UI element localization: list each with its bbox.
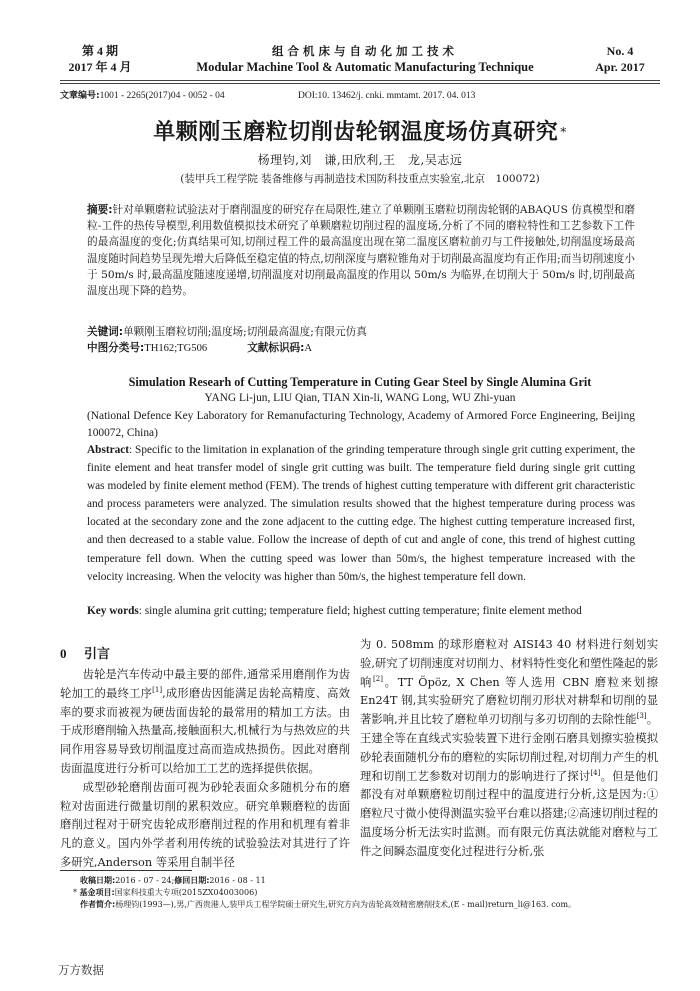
footer-watermark: 万方数据 — [58, 962, 104, 978]
keywords-cn-label: 关键词: — [87, 326, 123, 338]
classification: 中图分类号:TH162;TG506文献标识码:A — [87, 340, 635, 357]
body-column-right: 为 0. 508mm 的球形磨粒对 AISI43 40 材料进行刻划实验,研究了… — [360, 636, 658, 862]
keywords-en-text: single alumina grit cutting; temperature… — [145, 605, 582, 617]
body-column-left: 齿轮是汽车传动中最主要的部件,通常采用磨削作为齿轮加工的最终工序[1],成形磨齿… — [60, 666, 350, 873]
abstract-en-label: Abstract — [87, 444, 129, 456]
doc-code-label: 文献标识码: — [247, 342, 304, 354]
received-label: 收稿日期: — [80, 876, 115, 885]
doi-label: DOI: — [298, 91, 318, 101]
keywords-cn: 关键词:单颗刚玉磨粒切削;温度场;切削最高温度;有限元仿真 — [87, 324, 635, 340]
fund-marker: * — [73, 888, 77, 897]
section-number: 0 — [60, 645, 84, 663]
header-rule — [60, 80, 660, 81]
fund-marker: * — [560, 125, 567, 139]
issue-info-en: No. 4 Apr. 2017 — [580, 43, 660, 75]
issue-date-cn: 2017 年 4 月 — [60, 59, 140, 75]
fund-value: 国家科技重大专项(2015ZX04003006) — [115, 888, 258, 897]
paper-title-cn: 单颗刚玉磨粒切削齿轮钢温度场仿真研究* — [60, 117, 660, 147]
paper-title-cn-text: 单颗刚玉磨粒切削齿轮钢温度场仿真研究 — [153, 119, 558, 145]
citation[interactable]: [3] — [637, 712, 647, 720]
doi: DOI:10. 13462/j. cnki. mmtamt. 2017. 04.… — [298, 90, 475, 102]
keywords-en-label: Key words — [87, 605, 139, 617]
article-number-value: 1001 - 2265(2017)04 - 0052 - 04 — [100, 91, 225, 101]
section-heading: 0引言 — [60, 645, 110, 664]
doi-value: 10. 13462/j. cnki. mmtamt. 2017. 04. 013 — [318, 91, 476, 101]
clc-value: TH162;TG506 — [144, 343, 207, 354]
abstract-cn: 摘要:针对单颗磨粒试验法对于磨削温度的研究存在局限性,建立了单颗刚玉磨粒切削齿轮… — [87, 202, 635, 299]
section-title: 引言 — [84, 647, 110, 662]
keywords-en: Key words: single alumina grit cutting; … — [87, 603, 635, 620]
abstract-en-text: Specific to the limitation in explanatio… — [87, 444, 635, 583]
abstract-cn-label: 摘要: — [87, 204, 113, 216]
author-bio-label: 作者简介: — [80, 900, 115, 909]
author-bio: 杨理钧(1993—),男,广西贵港人,装甲兵工程学院硕士研究生,研究方向为齿轮高… — [115, 900, 576, 909]
clc-label: 中图分类号: — [87, 342, 144, 354]
abstract-cn-text: 针对单颗磨粒试验法对于磨削温度的研究存在局限性,建立了单颗刚玉磨粒切削齿轮钢的A… — [87, 204, 635, 297]
affiliation-cn: (装甲兵工程学院 装备维修与再制造技术国防科技重点实验室,北京 100072) — [60, 172, 660, 186]
footnote-fund: * 基金项目:国家科技重大专项(2015ZX04003006) — [60, 887, 673, 899]
journal-name: 组合机床与自动化加工技术 Modular Machine Tool & Auto… — [170, 43, 560, 75]
revised-date: 2016 - 08 - 11 — [209, 876, 265, 885]
footnote-dates: 收稿日期:2016 - 07 - 24;修回日期:2016 - 08 - 11 — [60, 875, 680, 887]
citation[interactable]: [4] — [590, 769, 600, 777]
issue-date-en: Apr. 2017 — [580, 59, 660, 75]
citation[interactable]: [1] — [152, 686, 162, 694]
issue-info-cn: 第 4 期 2017 年 4 月 — [60, 43, 140, 75]
paragraph: 成型砂轮磨削齿面可视为砂轮表面众多随机分布的磨粒对齿面进行微量切削的累积效应。研… — [60, 779, 350, 873]
article-number-label: 文章编号: — [60, 91, 100, 101]
header-rule — [60, 83, 660, 84]
article-number: 文章编号:1001 - 2265(2017)04 - 0052 - 04 — [60, 90, 225, 102]
revised-label: 修回日期: — [174, 876, 209, 885]
authors-cn: 杨理钧,刘 谦,田欣利,王 龙,吴志远 — [60, 152, 660, 168]
paragraph: 齿轮是汽车传动中最主要的部件,通常采用磨削作为齿轮加工的最终工序[1],成形磨齿… — [60, 666, 350, 779]
footnote-rule — [60, 870, 192, 871]
journal-name-en: Modular Machine Tool & Automatic Manufac… — [170, 59, 560, 75]
citation[interactable]: [2] — [373, 675, 383, 683]
paper-title-en: Simulation Researh of Cutting Temperatur… — [60, 374, 660, 390]
authors-en: YANG Li-jun, LIU Qian, TIAN Xin-li, WANG… — [60, 390, 660, 406]
fund-label: 基金项目: — [80, 888, 115, 897]
issue-number-en: No. 4 — [580, 43, 660, 59]
issue-number-cn: 第 4 期 — [60, 43, 140, 59]
abstract-en: Abstract: Specific to the limitation in … — [87, 441, 635, 586]
doc-code-value: A — [304, 343, 312, 354]
keywords-cn-text: 单颗刚玉磨粒切削;温度场;切削最高温度;有限元仿真 — [123, 326, 367, 338]
received-date: 2016 - 07 - 24; — [115, 876, 174, 885]
paragraph-text: ,成形磨齿因能满足齿轮高精度、高效率的要求而被视为硬齿面齿轮的最常用的精加工方法… — [60, 687, 350, 775]
paragraph: 为 0. 508mm 的球形磨粒对 AISI43 40 材料进行刻划实验,研究了… — [360, 636, 658, 862]
paragraph-text: 。TT Öpöz, X Chen 等人选用 CBN 磨粒来划擦 En24T 钢,… — [360, 676, 658, 727]
affiliation-en: (National Defence Key Laboratory for Rem… — [87, 408, 635, 442]
footnote-author: 作者简介:杨理钧(1993—),男,广西贵港人,装甲兵工程学院硕士研究生,研究方… — [60, 899, 680, 911]
journal-name-cn: 组合机床与自动化加工技术 — [170, 43, 560, 59]
